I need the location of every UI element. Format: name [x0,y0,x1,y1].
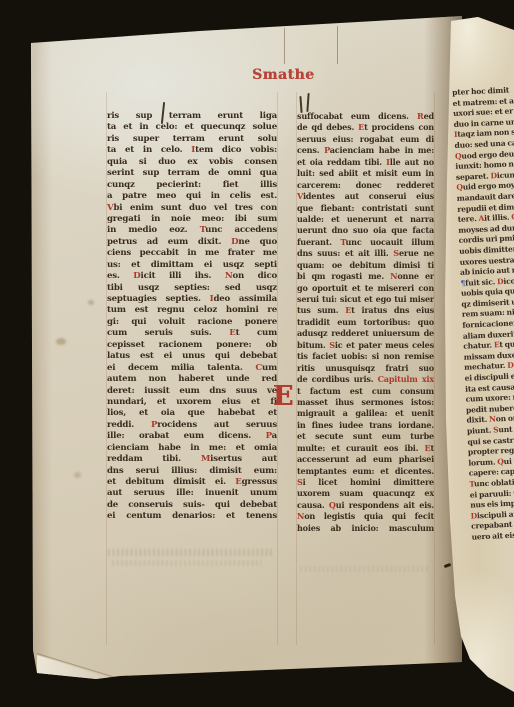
manuscript-line: us: et dimittam ei usqz septi [107,260,277,271]
manuscript-line: et oia reddam tibi. Ille aut no [297,157,434,168]
manuscript-line: et debitum dimisit ei. Egressus [107,477,277,488]
manuscript-line: in medio eoz. Tunc accedens [107,225,277,236]
manuscript-line: quia si duo ex vobis consen [107,157,277,168]
manuscript-line: suffocabat eum dicens. Red [297,111,434,122]
header-ruling-line [284,28,285,64]
manuscript-line: masset ihus sermones istos: [297,397,434,408]
manuscript-line: de qd debes. Et procidens con [297,122,434,133]
manuscript-line: latus est ei unus qui debebat [107,351,277,362]
manuscript-line: temptantes eum: et dicentes. [297,466,434,477]
manuscript-line: dns suus: et ait illi. Serue ne [297,248,434,259]
parchment-stain [74,472,81,478]
manuscript-line: cunqz pecierint: fiet illis [107,180,277,191]
manuscript-line: ualde: et uenerunt et narra [297,214,434,225]
manuscript-line: uerunt dno suo oia que facta [297,225,434,236]
manuscript-line: cienciam habe in me: et omia [107,443,277,454]
manuscript-line: tus sum. Et iratus dns eius [297,305,434,316]
manuscript-line: tibi usqz septies: sed usqz [107,283,277,294]
parchment-stain [56,338,66,345]
manuscript-line: de conseruis suis- qui debebat [107,500,277,511]
manuscript-line: nundari, et uxorem eius et fi [107,397,277,408]
manuscript-line: go oportuit et te misereri con [297,283,434,294]
showthrough-text [112,560,262,566]
manuscript-line: Vbi enim sunt duo vel tres con [107,203,277,214]
manuscript-line: hoies ab inicio: masculum [297,523,434,534]
manuscript-line: ritis unusquisqz fratri suo [297,363,434,374]
manuscript-line: ta et in celo: et quecunqz solue [107,122,277,133]
manuscript-line: ille: orabat eum dicens. Pa [107,431,277,442]
manuscript-line: quam: oe debitum dimisi ti [297,260,434,271]
showthrough-text [108,549,273,556]
manuscript-line: ris super terram erunt solu [107,134,277,145]
manuscript-line: de cordibus uris. Capitulm xix [297,374,434,385]
showthrough-text [300,566,428,572]
manuscript-line: carcerem: donec redderet debitu. [297,180,434,191]
text-column-left: ris sup terram erunt ligata et in celo: … [107,111,277,523]
manuscript-page: Smathe ris sup terram erunt ligata et in… [0,0,514,707]
manuscript-line: cens. Pacienciam habe in me: [297,145,434,156]
manuscript-line: ciens peccabit in me frater me [107,248,277,259]
manuscript-line: deret: iussit eum dns suus ve [107,386,277,397]
manuscript-line: Non legistis quia qui fecit [297,511,434,522]
manuscript-line: aut seruus ille: inuenit unum [107,488,277,499]
manuscript-line: in fines iudee trans iordane. [297,420,434,431]
manuscript-line: luit: sed abiit et misit eum in [297,168,434,179]
chapter-initial: E [269,385,297,410]
manuscript-line: Videntes aut conserui eius [297,191,434,202]
manuscript-line: migrauit a galilea: et uenit [297,408,434,419]
manuscript-line: gregati in noie meo: ibi sum [107,214,277,225]
manuscript-line: autem non haberet unde red [107,374,277,385]
manuscript-line: cepisset racionem ponere: ob [107,340,277,351]
manuscript-line: fuerant. Tunc uocauit illum [297,237,434,248]
manuscript-line: septuagies septies. Ideo assimila [107,294,277,305]
header-ruling-line [337,26,338,64]
manuscript-line: gi: qui voluit racione ponere [107,317,277,328]
manuscript-line: ris sup terram erunt liga [107,111,277,122]
manuscript-line: ta et in celo. Item dico vobis: [107,145,277,156]
manuscript-line: a patre meo qui in celis est. [107,191,277,202]
manuscript-line: dns serui illius: dimisit eum: [107,466,277,477]
ascender-stroke [299,96,302,113]
manuscript-line: seruus eius: rogabat eum di [297,134,434,145]
manuscript-line: reddi. Procidens aut seruus [107,420,277,431]
manuscript-line: tradidit eum tortoribus: quo [297,317,434,328]
running-title: Smathe [252,66,322,86]
manuscript-line: que fiebant: contristati sunt [297,203,434,214]
manuscript-line: ei centum denarios: et tenens [107,511,277,522]
manuscript-line: reddam tibi. Misertus aut [107,454,277,465]
manuscript-line: serui tui: sicut et ego tui miser [297,294,434,305]
ascender-stroke [306,93,309,112]
manuscript-line: adusqz redderet uniuersum de [297,328,434,339]
ruling-line [277,92,278,645]
manuscript-line: ei decem milia talenta. Cum [107,363,277,374]
parchment-stain [88,300,94,305]
photo-frame: Smathe ris sup terram erunt ligata et in… [0,0,514,707]
manuscript-line: uxorem suam quacunqz ex [297,488,434,499]
manuscript-line: multe: et curauit eos ibi. Et [297,443,434,454]
manuscript-line: causa. Qui respondens ait eis. [297,500,434,511]
next-page-text: pter hoc dimitet matrem: et aduxori sue:… [452,85,514,543]
manuscript-line: bitum. Sic et pater meus celes [297,340,434,351]
manuscript-line: tis faciet uobis: si non remise [297,351,434,362]
manuscript-line: accesserunt ad eum pharisei [297,454,434,465]
manuscript-line: uero ait eis. Sinite [471,529,514,543]
text-column-right: suffocabat eum dicens. Redde qd debes. E… [297,111,434,534]
manuscript-line: cum seruis suis. Et cum [107,328,277,339]
manuscript-line: t factum est cum consum [297,386,434,397]
manuscript-line: serint sup terram de omni qua [107,168,277,179]
manuscript-line: et secute sunt eum turbe [297,431,434,442]
manuscript-line: Si licet homini dimittere [297,477,434,488]
manuscript-line: bi qm rogasti me. Nonne er [297,271,434,282]
manuscript-line: petrus ad eum dixit. Dne quo [107,237,277,248]
manuscript-line: es. Dicit illi ihs. Non dico [107,271,277,282]
manuscript-line: lios, et oia que habebat et [107,408,277,419]
manuscript-line: tum est regnu celoz homini re [107,305,277,316]
